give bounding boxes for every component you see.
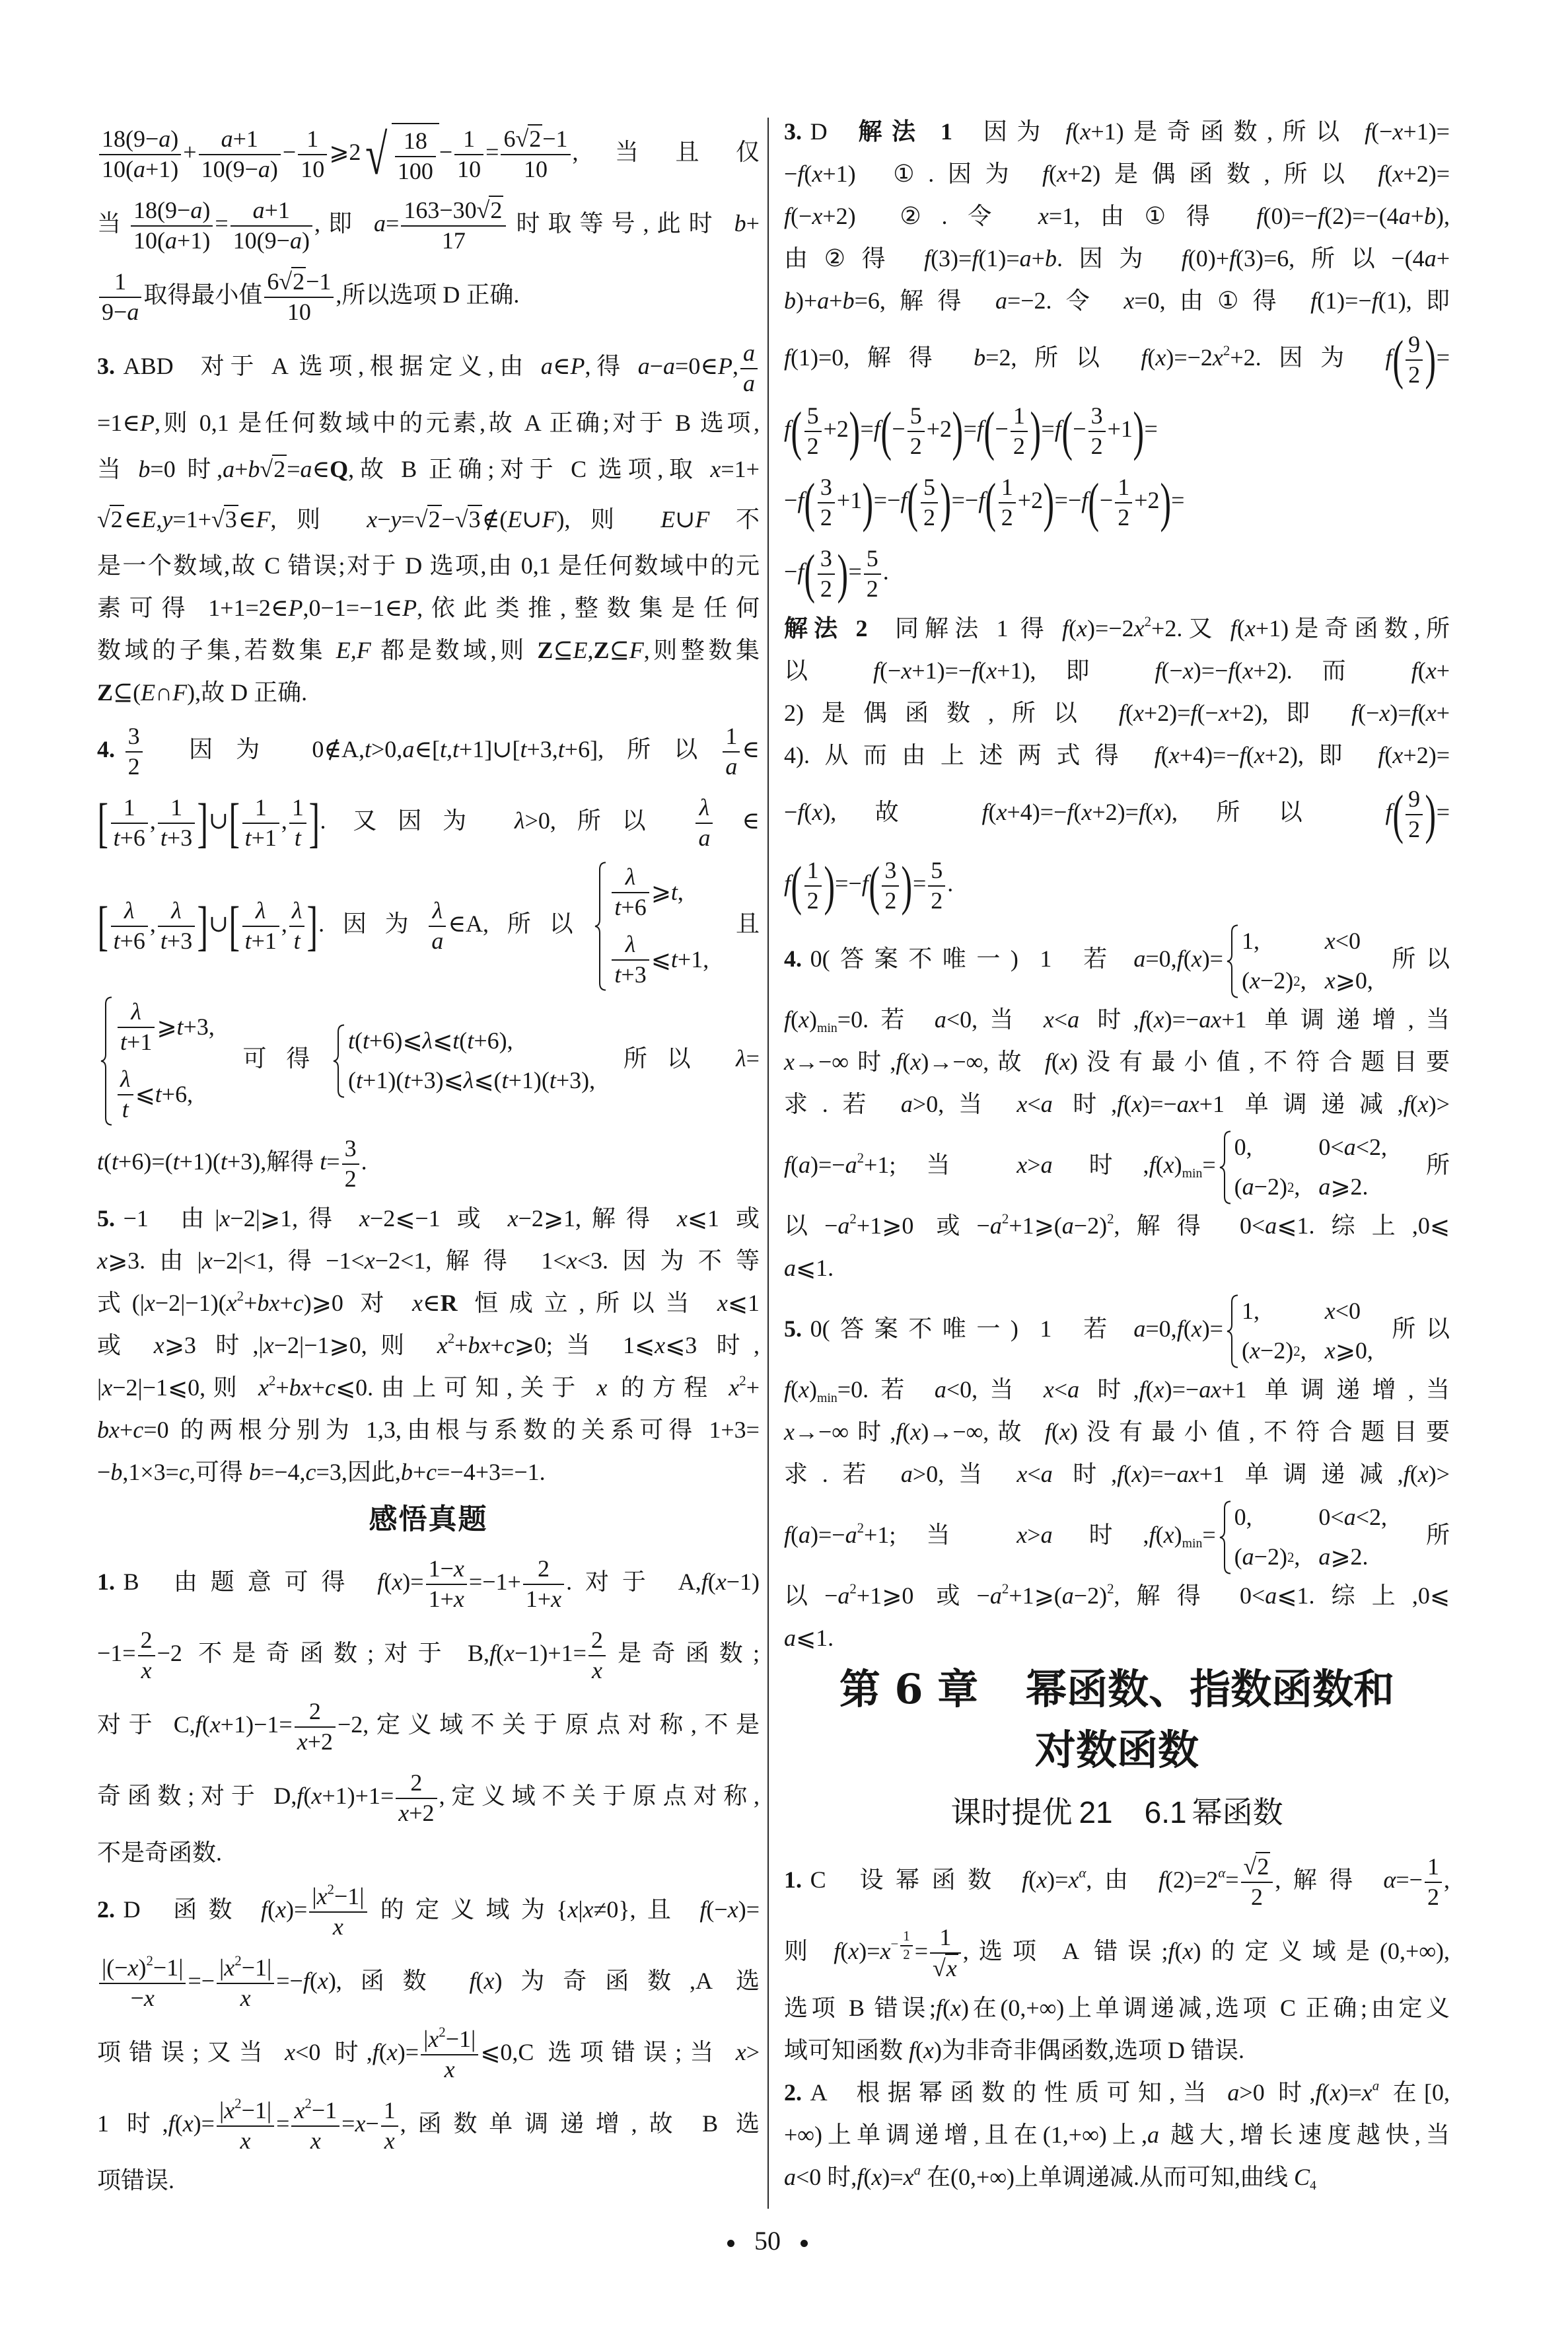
text-run: 时, <box>1053 1522 1149 1548</box>
piecewise-system: 1,x<0(x−2)2,x⩾0, <box>1226 922 1373 1001</box>
section-heading: 感悟真题 <box>97 1493 760 1546</box>
column-divider <box>767 118 769 2209</box>
text-run: = <box>276 2110 289 2137</box>
math-variable: b <box>843 287 855 314</box>
math-variable: x <box>1044 1006 1054 1033</box>
text-run: 1 <box>725 723 737 749</box>
radicand: 2 <box>272 455 287 483</box>
text-run: ∉( <box>482 506 508 533</box>
math-variable: x <box>1392 118 1403 145</box>
text-run: 由| <box>170 1205 219 1232</box>
text-run: +1 单调递减, <box>1199 1091 1404 1117</box>
text-run: ( <box>804 799 812 825</box>
math-variable: f <box>1177 1315 1184 1342</box>
text-run: 函数 <box>162 1896 261 1923</box>
solution-item: 5.0(答案不唯一)1若 a=0,f(x)=1,x<0(x−2)2,x⩾0, 所… <box>784 1289 1450 1659</box>
text-run: ,由 <box>1086 1866 1158 1893</box>
math-variable: c <box>293 1290 304 1316</box>
math-variable: x <box>317 1883 328 1909</box>
math-variable: t <box>365 736 371 762</box>
text-run: =1+ <box>721 456 760 482</box>
math-variable: a <box>799 1522 810 1548</box>
text-run: −1| <box>242 1954 272 1981</box>
math-variable: x <box>986 657 997 684</box>
math-variable: C <box>1294 2164 1310 2190</box>
text-line: 4).从而由上述两式得 f(x+4)=−f(x+2),即 f(x+2)= <box>784 734 1450 776</box>
text-run: 2 <box>1145 613 1151 629</box>
text-run: ⩾0;当 1⩽ <box>515 1332 655 1358</box>
superscript: a <box>1372 2077 1379 2093</box>
fraction: 32 <box>125 722 143 782</box>
text-run: −2<1,解得 1< <box>375 1247 567 1274</box>
math-variable: x <box>901 657 911 684</box>
fraction-denominator: x+2 <box>295 1728 336 1757</box>
math-variable: x <box>904 2164 914 2190</box>
text-run: ⩽1 <box>728 1290 760 1316</box>
text-run: 5 <box>807 402 819 429</box>
math-variable: x <box>275 1896 286 1923</box>
text-line: 2)是偶函数,所以 f(x+2)=f(−x+2),即 f(−x)=f(x+ <box>784 692 1450 734</box>
text-line: −f(32+1)=−f(52)=−f(12+2)=−f(−12+2)= <box>784 464 1450 536</box>
math-variable: t <box>348 1027 355 1055</box>
text-run: ( <box>988 799 996 825</box>
math-variable: x <box>812 161 822 187</box>
math-variable: x <box>1192 1315 1202 1342</box>
text-run: <3.因为不等 <box>577 1247 760 1274</box>
text-run: (3)=6,所以−(4 <box>1236 245 1425 272</box>
text-run: = <box>215 210 228 237</box>
text-run: (0)=− <box>1264 203 1318 229</box>
math-variable: a <box>1318 1543 1330 1571</box>
fraction-numerator: 1 <box>930 1923 961 1954</box>
text-run: ( <box>863 2164 871 2190</box>
math-variable: x <box>583 1896 594 1923</box>
math-variable: t <box>221 1148 227 1175</box>
text-run: −1) <box>727 1568 760 1595</box>
text-run: −2|−1)( <box>155 1290 227 1316</box>
text-run: )没有最小值,不符合题目要 <box>1070 1049 1450 1075</box>
text-run: − <box>365 2110 378 2137</box>
text-run: )= <box>286 1896 307 1923</box>
brace-path <box>1227 925 1238 997</box>
math-variable: t <box>614 961 621 988</box>
math-variable: x <box>596 1374 607 1401</box>
fraction-numerator: 1 <box>900 1928 912 1946</box>
text-run: ⩾2 <box>329 139 361 165</box>
math-variable: x <box>812 203 822 229</box>
text-run: 以− <box>784 1212 837 1239</box>
text-run: =1,由①得 <box>1049 203 1257 229</box>
text-run: +1 <box>252 825 277 851</box>
math-variable: f <box>1365 118 1371 145</box>
math-variable: a <box>301 456 312 482</box>
math-variable: x <box>398 1800 409 1826</box>
text-run: ∈A,所以 <box>448 910 591 937</box>
math-variable: E <box>573 637 588 663</box>
math-variable: f <box>972 657 978 684</box>
solution-item: 3.ABD对于 A 选项,根据定义,由 a∈P,得 a−a=0∈P,aa=1∈P… <box>97 330 760 714</box>
bold-symbol: 5. <box>97 1205 115 1232</box>
text-run: =0.若 <box>837 1006 935 1033</box>
math-variable: a <box>223 456 234 482</box>
large-delimiter: ) <box>849 404 860 459</box>
math-variable: b <box>974 344 985 371</box>
square-root: 2 <box>279 268 306 295</box>
text-run: +1 单调递增,当 <box>1221 1006 1450 1033</box>
text-run: = <box>1041 416 1054 442</box>
radicand: 3 <box>468 505 482 533</box>
math-variable: f <box>797 558 804 585</box>
fraction-numerator: a+1 <box>199 125 281 155</box>
subscript: min <box>817 1021 837 1035</box>
text-run: +1⩾( <box>1009 1582 1061 1609</box>
text-run: +6 <box>120 825 145 851</box>
math-variable: a <box>901 1461 913 1487</box>
text-run: 域可知函数 <box>784 2037 909 2063</box>
math-variable: f <box>1139 1376 1146 1403</box>
text-run: 2 <box>903 1946 909 1962</box>
math-variable: f <box>1067 799 1073 825</box>
text-run: (− <box>1197 700 1219 726</box>
text-run: ⩾3.由| <box>108 1247 202 1274</box>
large-delimiter: ( <box>1392 332 1404 387</box>
fraction: 1t <box>289 793 306 853</box>
text-line: 5.0(答案不唯一)1若 a=0,f(x)=1,x<0(x−2)2,x⩾0, 所… <box>784 1289 1450 1368</box>
text-run: (− <box>1371 118 1392 145</box>
math-variable: a <box>1020 245 1032 272</box>
text-line: 当18(9−a)10(a+1)=a+110(9−a),即 a=163−30217… <box>97 188 760 259</box>
text-run: >0, <box>371 736 402 762</box>
math-variable: b <box>401 1459 413 1485</box>
math-variable: x <box>1016 1461 1027 1487</box>
radicand: 2 <box>1256 1852 1270 1880</box>
math-variable: a <box>1265 1212 1277 1239</box>
text-run: =0, <box>1145 945 1176 972</box>
fraction-numerator: 18(9−a) <box>131 196 213 227</box>
text-run: −1| <box>153 1954 184 1981</box>
fraction-denominator: a <box>429 927 446 956</box>
fraction-numerator: 5 <box>928 856 945 887</box>
solution-list: 18(9−a)10(a+1)+a+110(9−a)−110⩾218100−110… <box>97 116 760 1493</box>
text-run: −2|−1⩾0,则 <box>274 1332 437 1358</box>
math-variable: f <box>1256 203 1263 229</box>
text-run: 项错误. <box>97 2167 174 2194</box>
bold-symbol: 1. <box>784 1866 802 1893</box>
large-delimiter: ( <box>791 858 802 913</box>
text-run: 2 <box>1002 1580 1009 1596</box>
text-run: =1+ <box>172 506 211 533</box>
text-run: )= <box>738 1896 760 1923</box>
fraction: 52 <box>928 856 945 916</box>
fraction-denominator: 2 <box>818 575 835 604</box>
text-run: 求.若 <box>784 1461 901 1487</box>
text-run: 10 <box>287 299 311 325</box>
text-run: =0,由①得 <box>1134 287 1310 314</box>
math-variable: f <box>489 1640 496 1666</box>
square-root: 18100 <box>361 139 439 165</box>
math-variable: E∪F <box>507 506 556 533</box>
text-run: 2 <box>146 1952 153 1968</box>
text-run: 根据幂函数的性质可知,当 <box>849 2079 1227 2106</box>
superscript: 2 <box>857 1150 864 1165</box>
fraction: 2x+2 <box>295 1697 336 1757</box>
math-variable: λ <box>292 897 303 924</box>
fraction-numerator: 18 <box>395 127 436 157</box>
text-run: .因为 <box>1057 245 1182 272</box>
math-variable: f <box>1042 161 1049 187</box>
text-run: 163−30 <box>404 197 476 223</box>
text-run: 的定义域为{ <box>369 1896 568 1923</box>
text-run: − <box>131 1985 144 2011</box>
math-variable: f <box>784 203 791 229</box>
math-variable: x <box>219 1205 230 1232</box>
text-line: 素可得 1+1=2∈P,0−1=−1∈P,依此类推,整数集是任何 <box>97 587 760 629</box>
fraction-numerator: 3 <box>818 473 835 503</box>
solution-item: 3.D解法 1因为 f(x+1)是奇函数,所以 f(−x+1)=−f(x+1) … <box>784 110 1450 607</box>
text-run: 10 <box>524 156 548 182</box>
math-variable: x <box>367 506 377 533</box>
text-run: ,选项 A 错误; <box>963 1938 1168 1964</box>
math-variable: f <box>1155 657 1162 684</box>
text-run: B <box>124 1568 139 1595</box>
large-delimiter: ] <box>307 899 318 953</box>
text-run: 10(9− <box>233 227 290 254</box>
math-variable: bx <box>289 1374 312 1401</box>
text-run: ,则 0,1 是任何数域中的元素,故 A 正确;对于 B 选项, <box>155 410 760 436</box>
fraction-numerator: 2 <box>588 1626 606 1656</box>
fraction-numerator: λ <box>695 793 713 824</box>
superscript: 2 <box>328 1881 334 1897</box>
text-run: =2,所以 <box>985 344 1141 371</box>
math-variable: f <box>1182 245 1188 272</box>
text-run: ∈ <box>124 506 142 533</box>
text-run: )= <box>1202 945 1223 972</box>
radicand: 2 <box>528 124 542 153</box>
bold-symbol: 4. <box>784 945 802 972</box>
text-run: −2) <box>1260 967 1293 995</box>
math-variable: a <box>1425 245 1437 272</box>
math-variable: λ <box>515 807 525 834</box>
fraction-denominator: x <box>217 2127 274 2156</box>
fraction-numerator: 2 <box>523 1555 564 1585</box>
math-variable: a <box>845 1152 857 1178</box>
radical-sign-icon <box>279 268 292 295</box>
math-variable: a <box>990 1582 1002 1609</box>
text-run: = <box>746 1045 760 1072</box>
text-run: ) <box>809 1006 817 1033</box>
text-run: 2 <box>448 1330 454 1346</box>
text-run: ( <box>1051 1049 1059 1075</box>
math-variable: t <box>452 736 459 762</box>
math-variable: f <box>1315 2079 1322 2106</box>
math-variable: a <box>1041 1461 1053 1487</box>
superscript: 2 <box>269 1372 275 1388</box>
math-variable: c <box>306 1459 316 1485</box>
text-run: = <box>326 1148 339 1175</box>
fraction: 12 <box>1425 1853 1442 1912</box>
text-run: − <box>784 161 797 187</box>
text-run: )= <box>398 2039 419 2065</box>
math-variable: x <box>950 1995 961 2021</box>
text-run: 2 <box>849 1580 856 1596</box>
math-text: min <box>1182 1536 1203 1551</box>
text-run: +3, <box>526 736 557 762</box>
text-run: =−4+3=−1. <box>437 1459 546 1485</box>
brace-path <box>101 997 112 1125</box>
fraction: |(−x)2−1|−x <box>99 1954 186 2013</box>
math-variable: x <box>145 1290 155 1316</box>
text-run: ⩽1.综上,0⩽ <box>1277 1212 1450 1239</box>
text-run: )= <box>1202 1315 1223 1342</box>
math-variable: x <box>1213 344 1223 371</box>
text-run: 1 <box>1040 945 1051 972</box>
text-run: (1)=− <box>1317 287 1372 314</box>
math-variable: c <box>426 1459 437 1485</box>
text-run: >0,当 <box>913 1461 1016 1487</box>
large-delimiter: ) <box>1425 332 1437 387</box>
fraction-numerator: λ <box>612 863 649 893</box>
math-variable: x <box>716 1568 727 1595</box>
math-variable: x <box>1164 1152 1174 1178</box>
fraction-numerator: 3 <box>1088 402 1106 432</box>
math-variable: a <box>541 353 553 379</box>
page-number: 50 <box>754 2226 781 2256</box>
text-run: + <box>746 210 760 237</box>
fraction-denominator: a <box>740 369 758 398</box>
fraction: λt <box>118 1065 133 1125</box>
text-run: + <box>1032 245 1045 272</box>
text-run: =− <box>276 1968 303 1994</box>
fraction-numerator: 2 <box>138 1626 155 1656</box>
text-run: 所 <box>1390 1522 1450 1548</box>
math-variable: f <box>909 2037 915 2063</box>
text-run: )=− <box>1164 1006 1199 1033</box>
math-variable: x <box>567 1247 577 1274</box>
text-run: 2 <box>141 1627 153 1653</box>
lesson-series: 课时提优 <box>950 1795 1072 1829</box>
text-run: 3 <box>1091 402 1103 429</box>
math-variable: f <box>862 870 869 897</box>
text-run: 在(0,+∞)上单调递减.从而可知,曲线 <box>921 2164 1294 2190</box>
math-variable: ax <box>1199 1006 1221 1033</box>
text-run: , <box>732 353 738 379</box>
text-run: ),故 D 正确. <box>187 679 307 706</box>
fraction-numerator: 5 <box>908 402 925 432</box>
text-run: 0, <box>1234 1133 1252 1162</box>
text-line: 项错误. <box>97 2159 760 2201</box>
math-variable: f <box>797 161 804 187</box>
math-variable: t <box>614 894 621 920</box>
system-cell: 0<a<2, <box>1318 1498 1387 1537</box>
square-root: x <box>933 1955 958 1981</box>
math-variable: f <box>701 1568 708 1595</box>
math-variable: t <box>558 736 565 762</box>
fraction-numerator: x2−1 <box>291 2096 339 2127</box>
text-run: ,故 B 正确;对于 C 选项,取 <box>348 456 710 482</box>
math-variable: a <box>995 287 1007 314</box>
math-variable: a <box>845 1522 857 1548</box>
left-brace-icon <box>332 1024 345 1098</box>
text-run: = <box>1202 1152 1215 1178</box>
text-run: 的方程 <box>607 1374 729 1401</box>
text-run: + <box>1437 657 1450 684</box>
math-variable: a <box>1318 1173 1330 1201</box>
text-run: <0,当 <box>946 1376 1044 1403</box>
fraction-denominator: t+1 <box>242 927 279 956</box>
fraction-denominator: t+3 <box>158 927 195 956</box>
fraction: 32 <box>818 544 835 604</box>
fraction: λt+6 <box>612 863 649 922</box>
math-variable: a <box>914 2162 921 2178</box>
text-run: 1 <box>114 268 126 295</box>
math-variable: x <box>1059 1419 1070 1445</box>
fraction-numerator: 9 <box>1406 785 1423 815</box>
math-variable: x <box>412 1290 423 1316</box>
text-run: = <box>1145 416 1158 442</box>
text-run: −1 <box>306 268 331 295</box>
radical-sign-icon <box>260 456 273 482</box>
text-line: −f(x),故 f(x+4)=−f(x+2)=f(x),所以 f(92)= <box>784 776 1450 848</box>
math-variable: f <box>377 1568 384 1595</box>
fraction-numerator: 1 <box>298 125 327 155</box>
math-variable: t <box>452 1027 459 1055</box>
text-run: 当 <box>97 210 129 237</box>
math-variable: c <box>325 1374 336 1401</box>
fraction-denominator: 2 <box>882 887 899 916</box>
text-run: 求.若 <box>784 1091 901 1117</box>
text-run: 2 <box>867 575 878 602</box>
fraction-denominator: t+1 <box>118 1028 155 1057</box>
text-run: 1 <box>255 794 267 821</box>
text-run: 1 <box>1013 402 1025 429</box>
fraction: 52 <box>864 544 881 604</box>
large-delimiter: ( <box>908 475 919 530</box>
math-variable: a <box>799 1152 810 1178</box>
math-variable: a <box>698 825 710 851</box>
math-variable: λ <box>433 897 443 924</box>
fraction-numerator: 1 <box>289 793 306 824</box>
math-variable: x <box>880 1938 891 1964</box>
math-variable: f <box>1065 118 1072 145</box>
text-run: +1 <box>127 1029 152 1055</box>
math-variable: f <box>797 799 804 825</box>
math-variable: x <box>910 1049 921 1075</box>
text-run: 5 <box>931 857 943 883</box>
superscript: 2 <box>234 2095 241 2111</box>
radicand: 2 <box>427 505 442 533</box>
text-run: = <box>287 456 300 482</box>
fraction-numerator: 1 <box>158 793 195 824</box>
text-run: − <box>1100 487 1113 513</box>
text-run: |(− <box>102 1954 128 1981</box>
text-run: 2 <box>1427 1884 1439 1910</box>
math-variable: x <box>445 2056 455 2083</box>
fraction-numerator: |x2−1| <box>217 1954 274 1984</box>
text-run: 时, <box>1053 1091 1117 1117</box>
math-variable: f <box>1141 344 1147 371</box>
chapter-title-part-1: 幂函数、指数函数和 <box>1026 1665 1394 1713</box>
text-run: 3 <box>820 545 832 572</box>
text-run: +1)( <box>180 1148 221 1175</box>
text-run: )⩾0 对 <box>304 1290 412 1316</box>
math-variable: a <box>374 210 386 237</box>
text-run: +3)⩽ <box>410 1066 463 1095</box>
math-variable: λ <box>625 931 636 957</box>
text-run: ( <box>1234 657 1242 684</box>
math-variable: a <box>190 197 202 223</box>
text-run: +3, <box>184 1013 215 1041</box>
fraction-denominator: 2 <box>908 432 925 461</box>
